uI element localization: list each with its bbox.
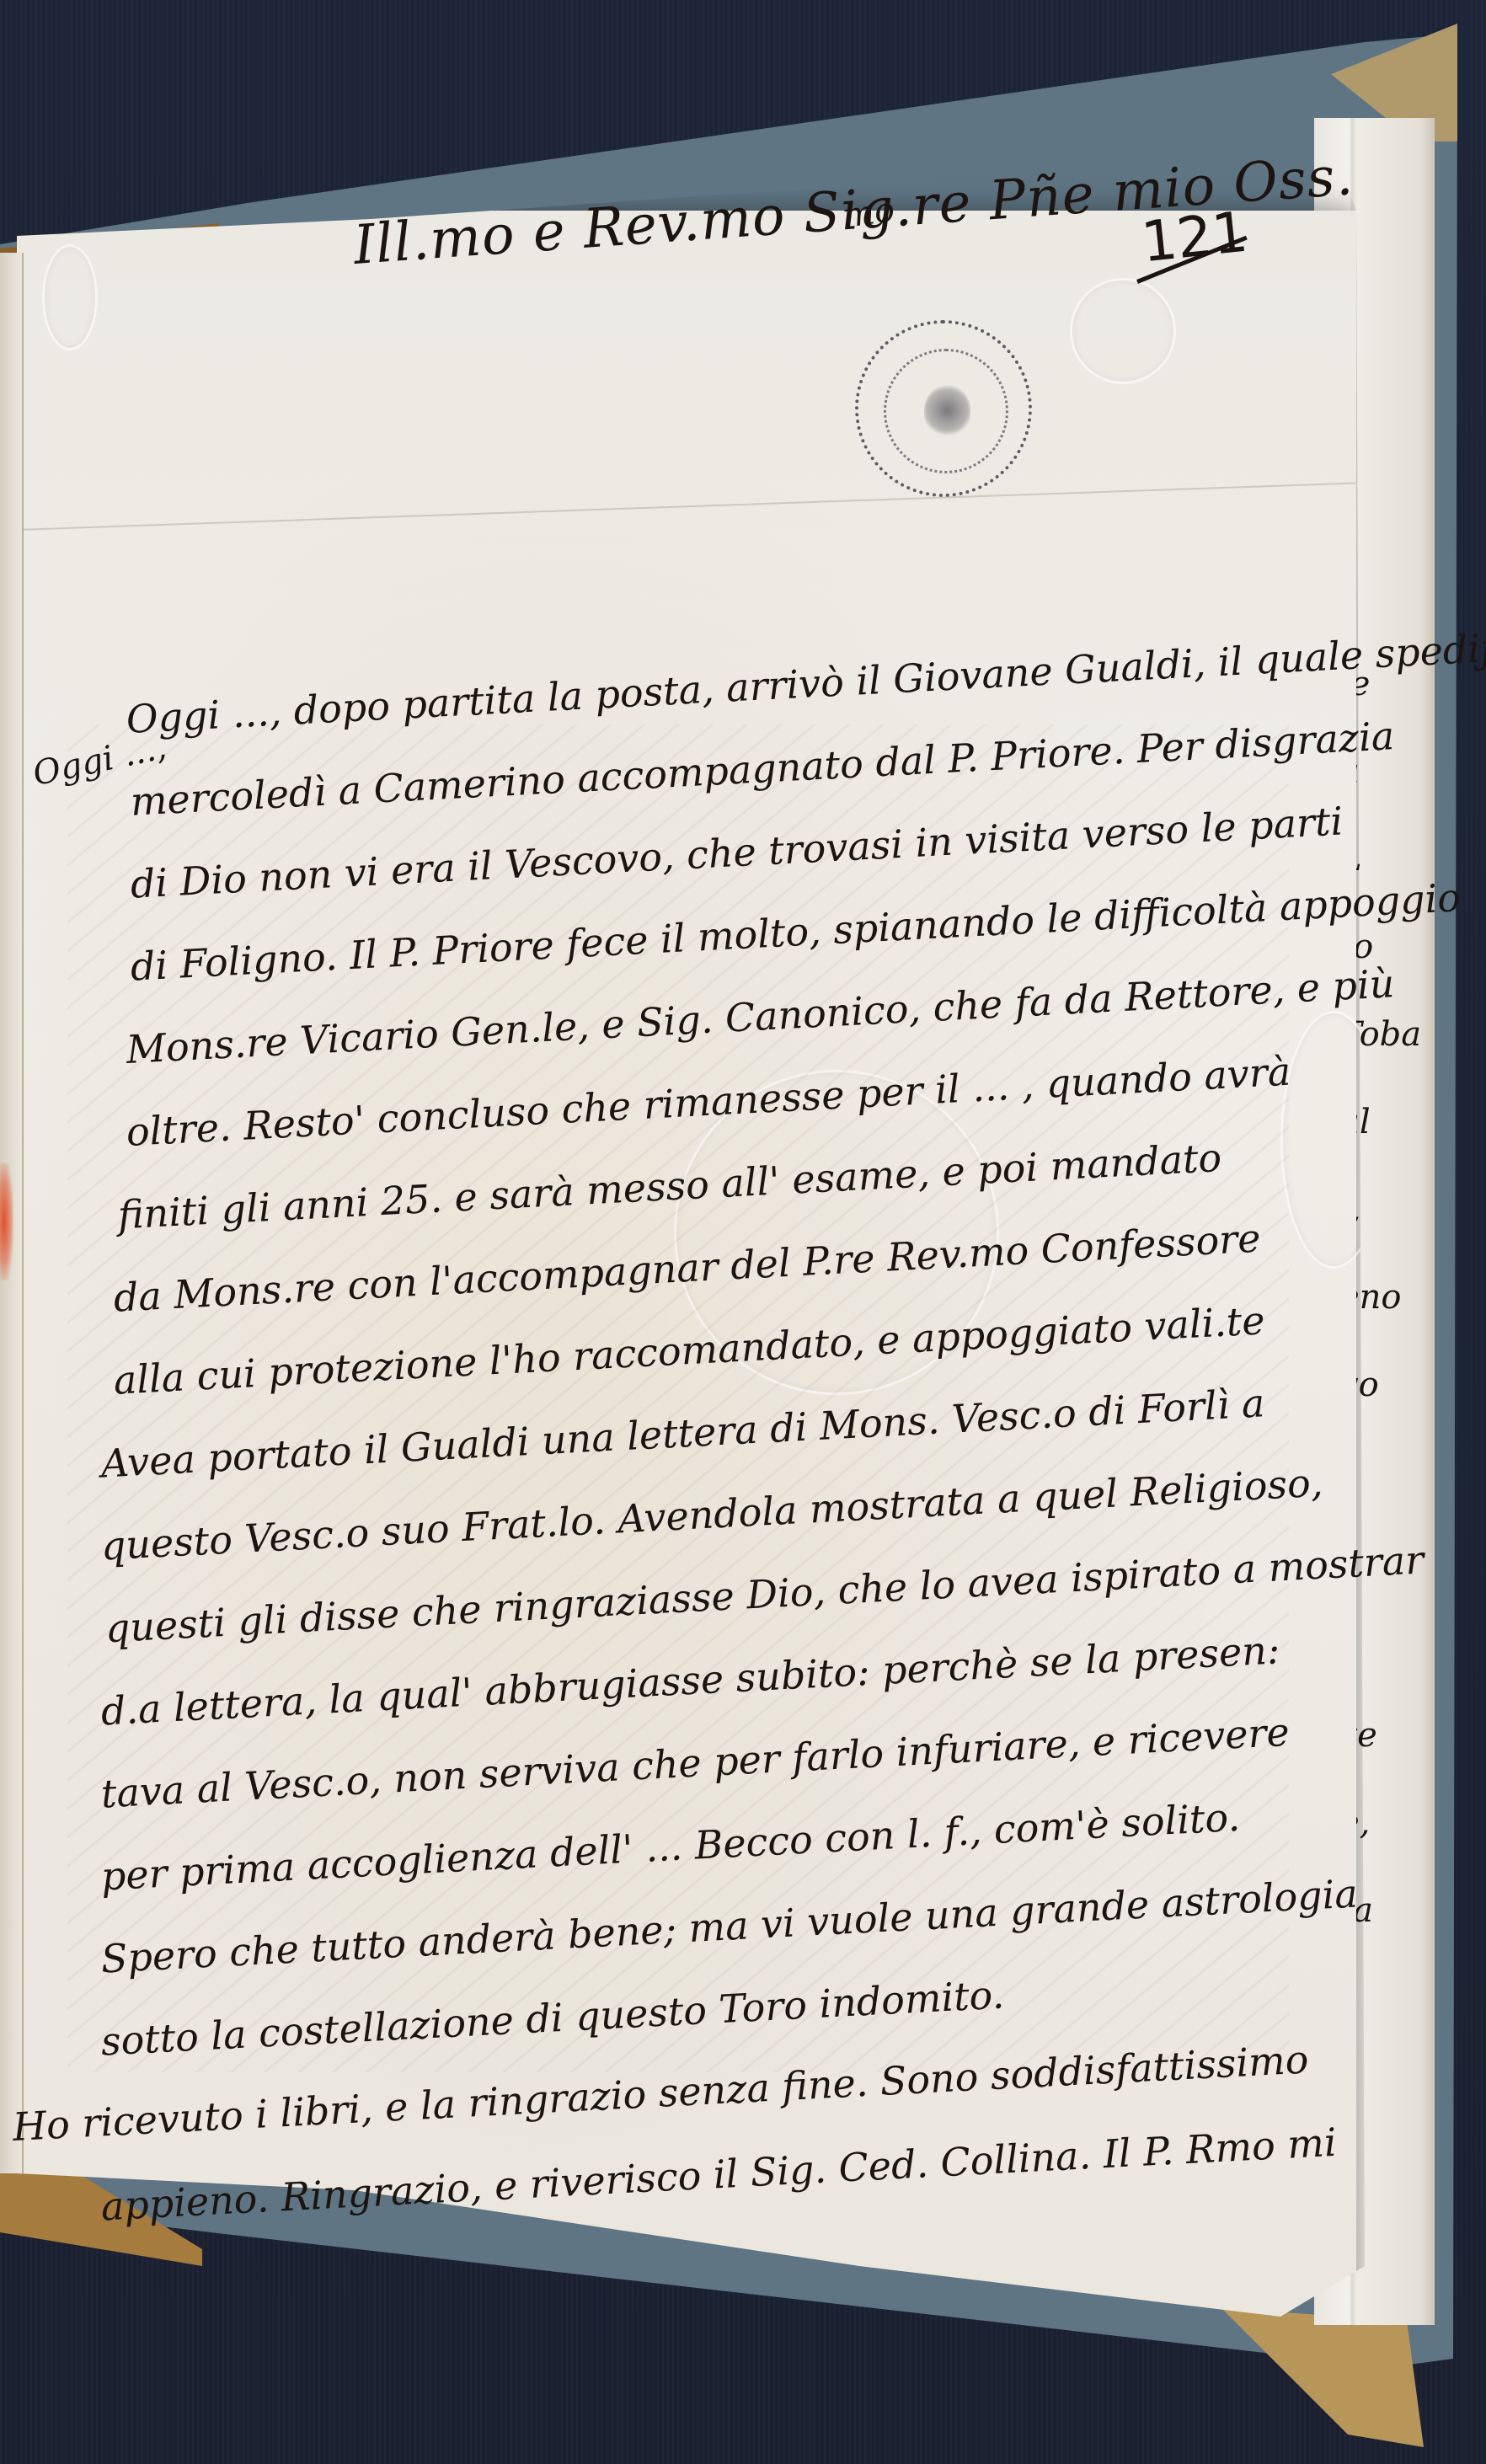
- emboss-mark: [1070, 278, 1176, 384]
- archive-stamp-icon: [855, 320, 1032, 497]
- letter-body: Oggi ..., dopo partita la posta, arrivò …: [46, 682, 1327, 2251]
- red-wax-mark: [0, 1163, 13, 1280]
- fold-line: [17, 483, 1355, 531]
- salutation-superscript: mo: [840, 190, 897, 236]
- stamp-emblem-icon: [924, 385, 970, 436]
- folio-number: 121: [1138, 200, 1250, 275]
- stamp-inner-ring: [884, 349, 1008, 473]
- emboss-mark: [42, 244, 98, 350]
